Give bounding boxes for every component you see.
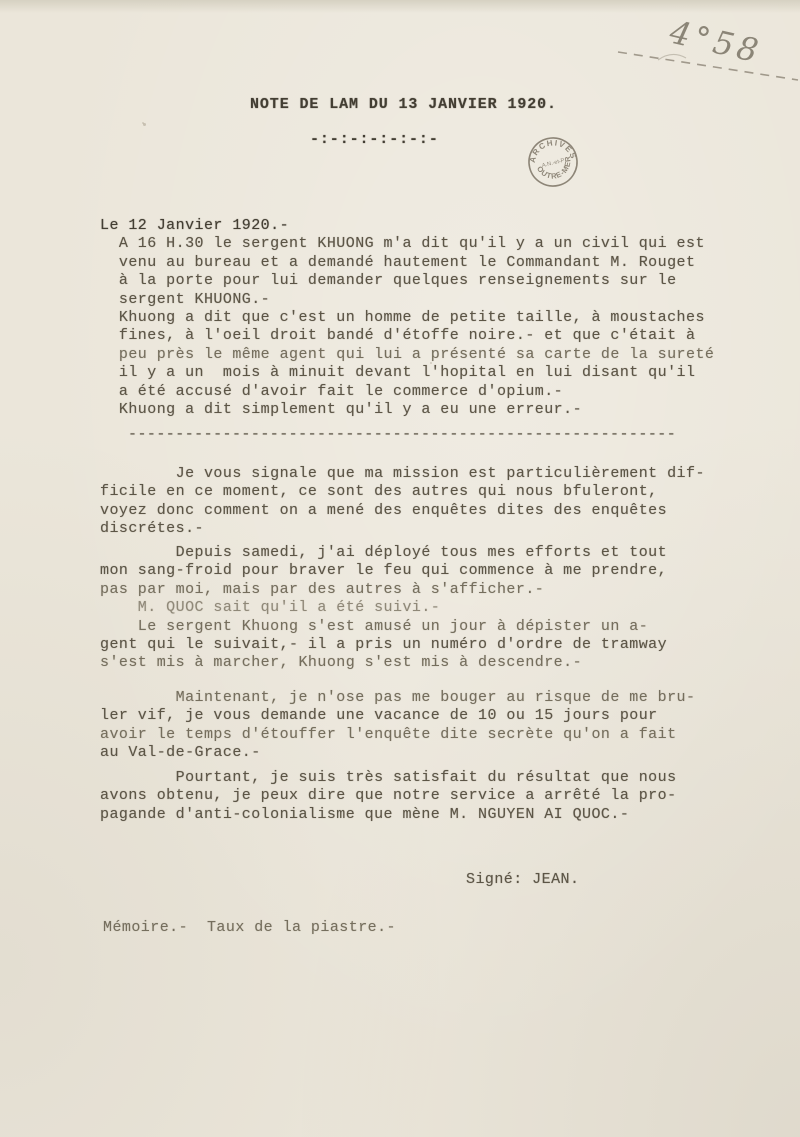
text-line: Khuong a dit simplement qu'il y a eu une… bbox=[100, 401, 714, 419]
paragraph-mission-difficile: Je vous signale que ma mission est parti… bbox=[100, 465, 705, 539]
text-line: mon sang-froid pour braver le feu qui co… bbox=[100, 562, 667, 580]
text-line: Je vous signale que ma mission est parti… bbox=[100, 465, 705, 483]
text-line: peu près le même agent qui lui a présent… bbox=[100, 346, 714, 364]
text-line: ficile en ce moment, ce sont des autres … bbox=[100, 483, 705, 501]
text-line: venu au bureau et a demandé hautement le… bbox=[100, 254, 714, 272]
paragraph-demande-vacance: Maintenant, je n'ose pas me bouger au ri… bbox=[100, 689, 695, 763]
text-line: ler vif, je vous demande une vacance de … bbox=[100, 707, 695, 725]
text-line: Maintenant, je n'ose pas me bouger au ri… bbox=[100, 689, 695, 707]
handwritten-annotation: 4°58 bbox=[560, 0, 800, 100]
text-line: pagande d'anti-colonialisme que mène M. … bbox=[100, 806, 677, 824]
text-line: il y a un mois à minuit devant l'hopital… bbox=[100, 364, 714, 382]
text-line: avons obtenu, je peux dire que notre ser… bbox=[100, 787, 677, 805]
text-line: A 16 H.30 le sergent KHUONG m'a dit qu'i… bbox=[100, 235, 714, 253]
text-line: Pourtant, je suis très satisfait du résu… bbox=[100, 769, 677, 787]
paragraph-journal-entry: Le 12 Janvier 1920.- A 16 H.30 le sergen… bbox=[100, 217, 714, 419]
text-line: Le 12 Janvier 1920.- bbox=[100, 217, 714, 235]
text-line: Le sergent Khuong s'est amusé un jour à … bbox=[100, 618, 667, 636]
text-line: Khuong a dit que c'est un homme de petit… bbox=[100, 309, 714, 327]
pencil-stroke bbox=[658, 54, 686, 60]
stamp-bottom-text: OUTRE-MER bbox=[533, 154, 576, 185]
paragraph-resultat: Pourtant, je suis très satisfait du résu… bbox=[100, 769, 677, 824]
text-line: Depuis samedi, j'ai déployé tous mes eff… bbox=[100, 544, 667, 562]
text-line: avoir le temps d'étouffer l'enquête dite… bbox=[100, 726, 695, 744]
title-separator: -:-:-:-:-:-:- bbox=[310, 131, 439, 149]
scan-speck bbox=[430, 362, 432, 364]
signature-line: Signé: JEAN. bbox=[466, 871, 579, 889]
text-line: voyez donc comment on a mené des enquête… bbox=[100, 502, 705, 520]
text-line: discrétes.- bbox=[100, 520, 705, 538]
text-line: au Val-de-Grace.- bbox=[100, 744, 695, 762]
typed-divider-line: ----------------------------------------… bbox=[128, 426, 676, 444]
text-line: fines, à l'oeil droit bandé d'étoffe noi… bbox=[100, 327, 714, 345]
text-line: a été accusé d'avoir fait le commerce d'… bbox=[100, 383, 714, 401]
text-line: à la porte pour lui demander quelques re… bbox=[100, 272, 714, 290]
document-title: NOTE DE LAM DU 13 JANVIER 1920. bbox=[250, 96, 557, 114]
memo-line: Mémoire.- Taux de la piastre.- bbox=[103, 919, 396, 937]
paragraph-depuis-samedi: Depuis samedi, j'ai déployé tous mes eff… bbox=[100, 544, 667, 673]
text-line: M. QUOC sait qu'il a été suivi.- bbox=[100, 599, 667, 617]
scan-speck bbox=[142, 122, 144, 124]
text-line: s'est mis à marcher, Khuong s'est mis à … bbox=[100, 654, 667, 672]
archive-stamp: ARCHIVES OUTRE-MER A.N.-et-P bbox=[522, 131, 584, 193]
text-line: pas par moi, mais par des autres à s'aff… bbox=[100, 581, 667, 599]
annotation-number: 4°58 bbox=[665, 13, 765, 71]
text-line: sergent KHUONG.- bbox=[100, 291, 714, 309]
text-line: gent qui le suivait,- il a pris un numér… bbox=[100, 636, 667, 654]
scanned-document-page: 4°58 NOTE DE LAM DU 13 JANVIER 1920. -:-… bbox=[0, 0, 800, 1137]
